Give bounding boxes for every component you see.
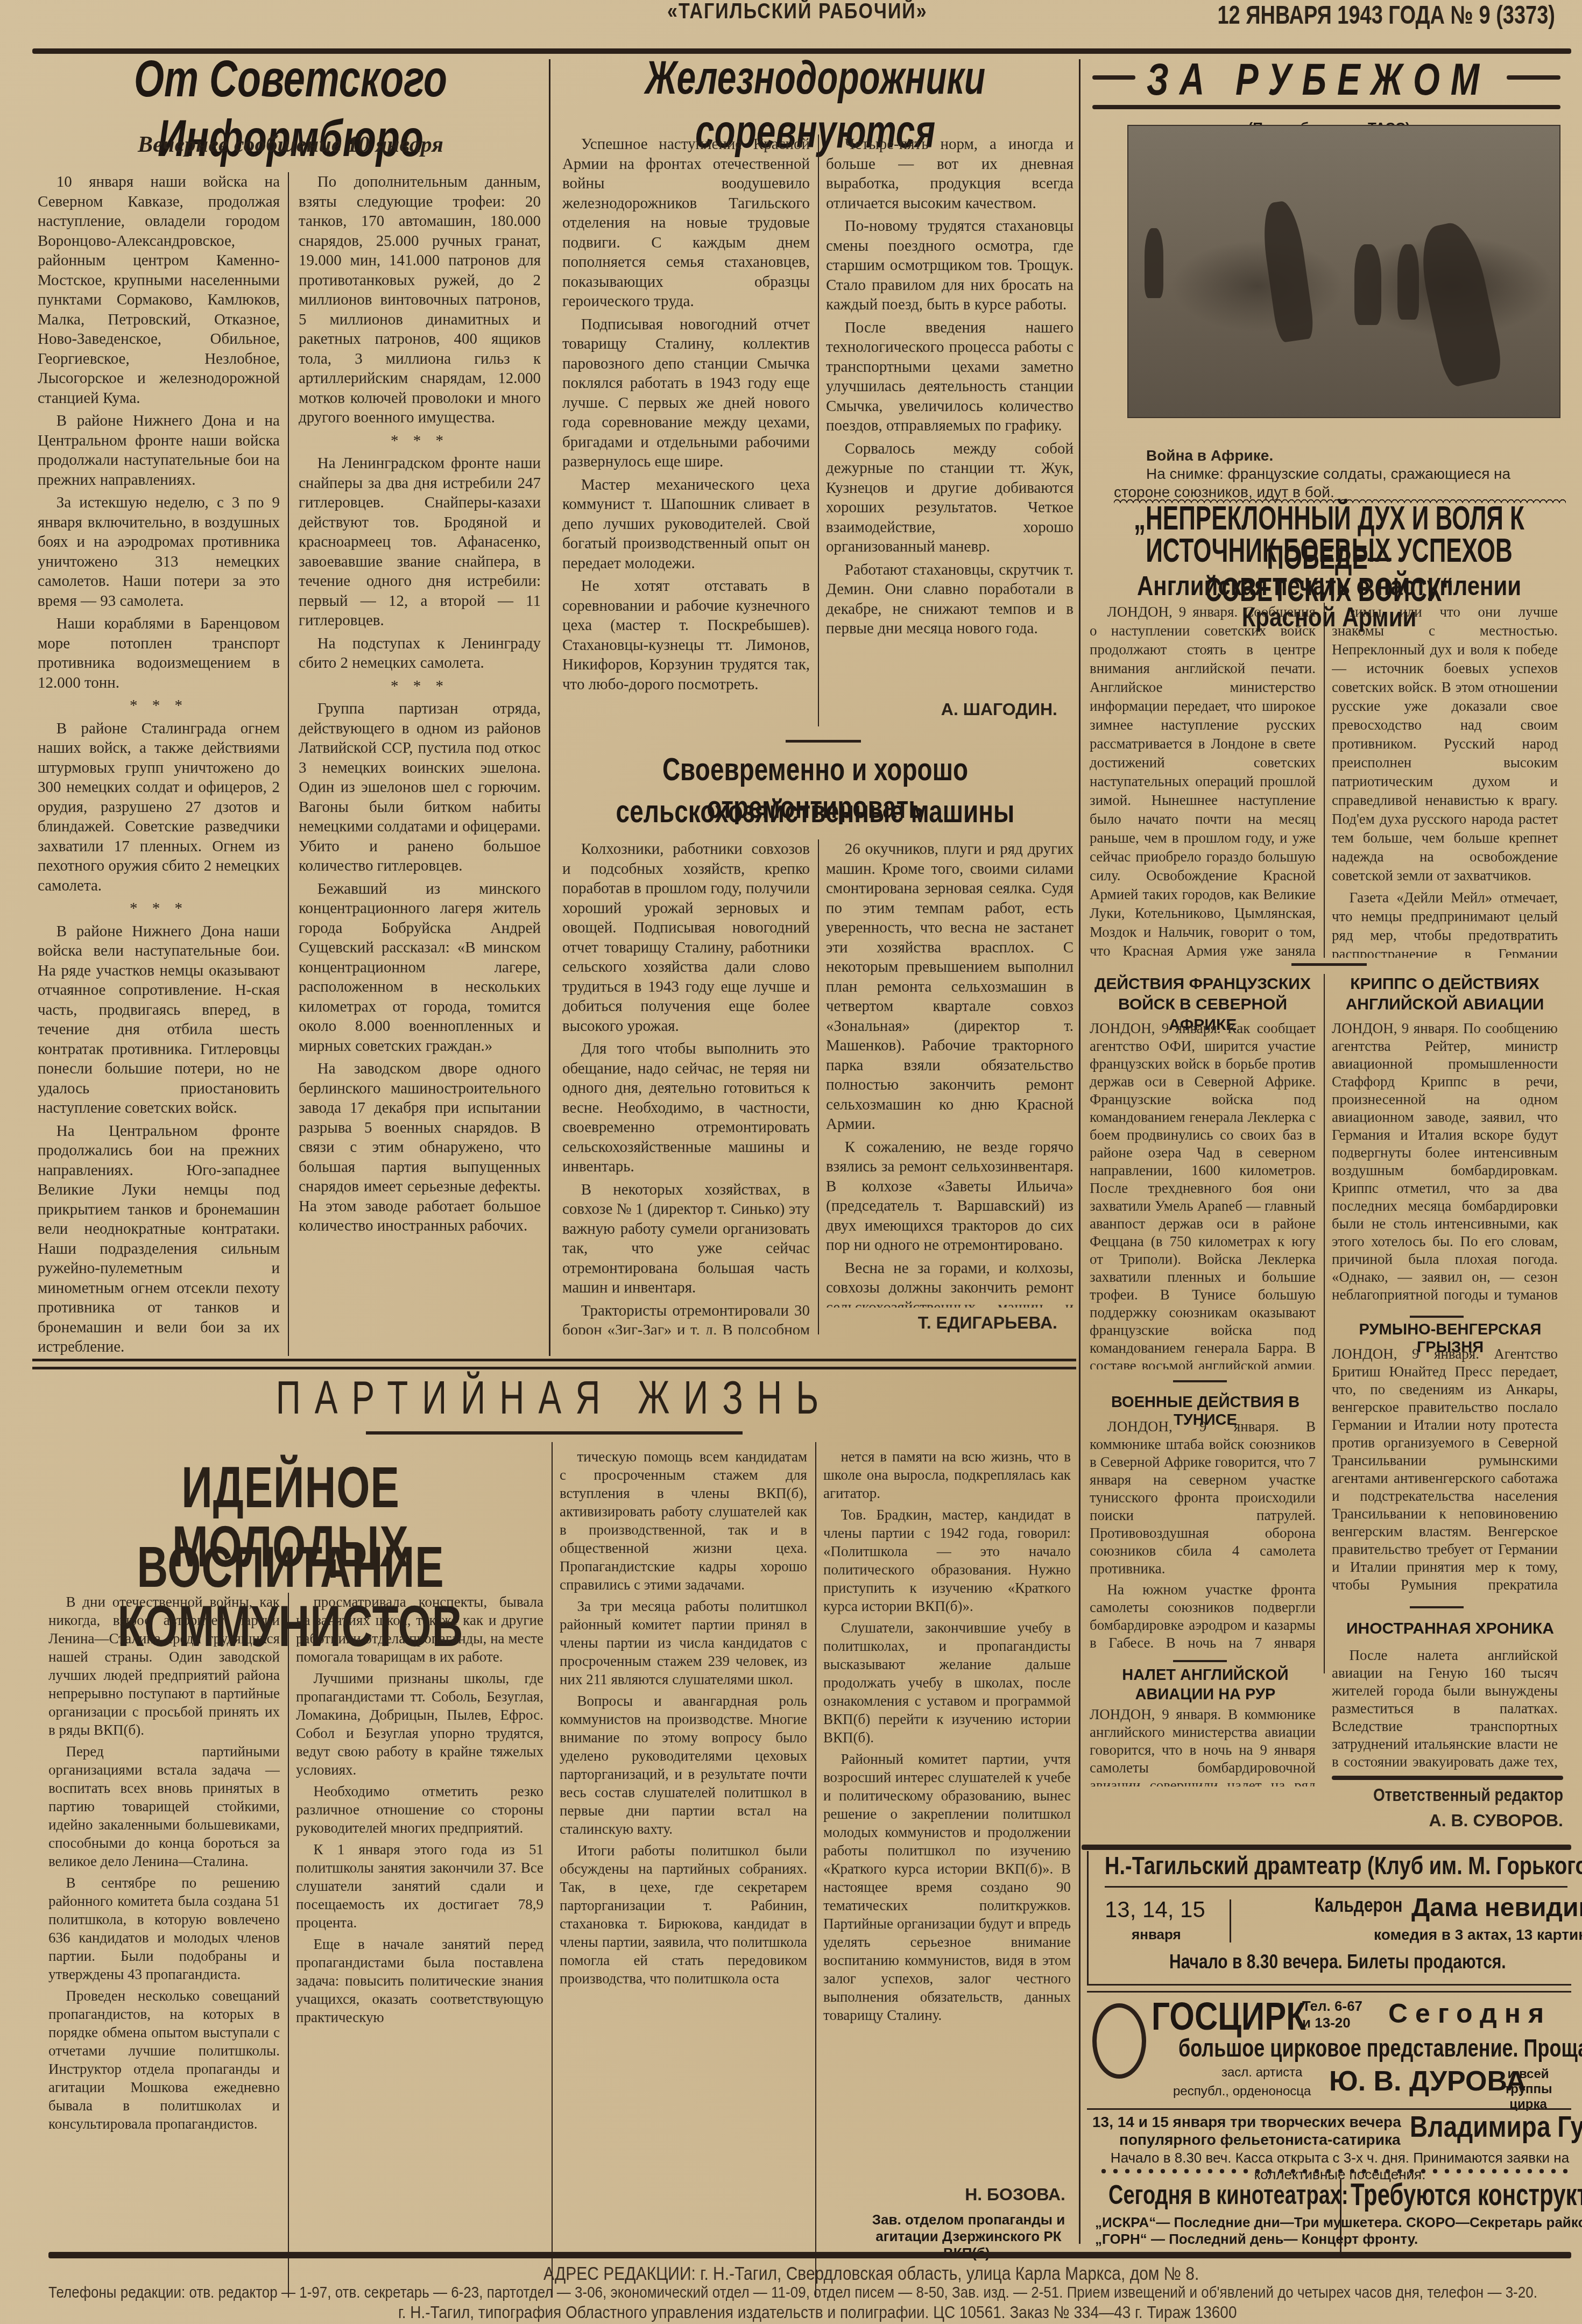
paragraph: В районе Сталинграда огнем наших войск, … bbox=[38, 719, 280, 896]
circus-phones: Тел. 6-67 и 13-20 bbox=[1302, 1998, 1367, 2031]
theatre-dates: 13, 14, 15 bbox=[1105, 1897, 1205, 1923]
paragraph: В дни отечественной войны, как никогда, … bbox=[48, 1593, 280, 1739]
soldier-figure bbox=[1145, 228, 1163, 298]
party-column-2: просматривала конспекты, бывала на занят… bbox=[296, 1593, 543, 2298]
paragraph: Перед партийными организациями встала за… bbox=[48, 1742, 280, 1870]
circus-show: большое цирковое представление. Прощальн… bbox=[1178, 2033, 1582, 2063]
paragraph: На подступах к Ленинграду сбито 2 немецк… bbox=[299, 634, 541, 673]
press-column-2: зимы или что они лучше знакомы с местнос… bbox=[1332, 603, 1558, 958]
article-separator bbox=[1291, 963, 1367, 966]
paragraph: По-новому трудятся стахановцы смены поез… bbox=[826, 216, 1073, 315]
paragraph: Тов. Брадкин, мастер, кандидат в члены п… bbox=[823, 1506, 1071, 1615]
soldier-figure bbox=[1397, 244, 1419, 320]
cinema-venue: „ГОРН“ — Последний день— Концерт фронту. bbox=[1095, 2231, 1332, 2248]
issue-date: 12 ЯНВАРЯ 1943 ГОДА № 9 (3373) bbox=[1217, 2, 1555, 31]
paragraph: нется в памяти на всю жизнь, что в школе… bbox=[823, 1447, 1071, 1502]
paragraph: На южном участке фронта самолеты союзник… bbox=[1090, 1581, 1316, 1655]
paragraph: ЛОНДОН, 9 января. В коммюнике штаба войс… bbox=[1090, 1418, 1316, 1578]
column-divider bbox=[818, 135, 819, 726]
railway-column-2: Четыре-пять норм, а иногда и больше — во… bbox=[826, 135, 1073, 689]
cinema-list: „ИСКРА“— Последние дни—Три мушкетера. СК… bbox=[1095, 2214, 1332, 2248]
cinema-venue: „ИСКРА“— Последние дни—Три мушкетера. СК… bbox=[1095, 2214, 1332, 2231]
section-stars: * * * bbox=[299, 431, 541, 451]
circus-feuilletonist: популярного фельетониста-сатирика bbox=[1119, 2131, 1401, 2149]
paragraph: Подписывая новогодний отчет товарищу Ста… bbox=[562, 315, 810, 472]
soldier-figure bbox=[1259, 199, 1316, 343]
column-divider bbox=[288, 172, 289, 1356]
theatre-play: Дама невидимка bbox=[1411, 1893, 1582, 1923]
paragraph: Проведен несколько совещаний пропагандис… bbox=[48, 1987, 280, 2133]
ruhr-text: ЛОНДОН, 9 января. В коммюнике английског… bbox=[1090, 1706, 1316, 1786]
column-divider bbox=[1340, 2179, 1341, 2255]
paragraph: По дополнительным данным, взяты следующи… bbox=[299, 172, 541, 428]
article-separator bbox=[1410, 1316, 1464, 1318]
circus-troupe: и всей труппы цирка bbox=[1485, 2067, 1571, 2112]
theatre-author: Кальдерон bbox=[1315, 1895, 1402, 1917]
paragraph: Весна не за горами, и колхозы, совхозы д… bbox=[826, 1259, 1073, 1308]
party-column-1: В дни отечественной войны, как никогда, … bbox=[48, 1593, 280, 2298]
paragraph: Итоги работы политшкол были обсуждены на… bbox=[560, 1841, 807, 1988]
theatre-ad: Н.-Тагильский драмтеатр (Клуб им. М. Гор… bbox=[1087, 1851, 1571, 1986]
cripps-title: КРИППС О ДЕЙСТВИЯХ АНГЛИЙСКОЙ АВИАЦИИ bbox=[1332, 974, 1558, 1015]
section-stars: * * * bbox=[38, 696, 280, 716]
column-divider bbox=[1079, 59, 1080, 2244]
paragraph: После налета английской авиации на Геную… bbox=[1332, 1647, 1558, 1770]
paragraph: В районе Нижнего Дона и на Центральном ф… bbox=[38, 411, 280, 490]
editor-label: Ответственный редактор bbox=[1332, 1785, 1563, 1805]
agri-title-line-2: сельскохозяйственные машины bbox=[554, 792, 1076, 830]
paragraph: 10 января наши войска на Северном Кавказ… bbox=[38, 172, 280, 408]
paragraph: ЛОНДОН, 9 января. Сообщения о наступлени… bbox=[1090, 603, 1316, 958]
section-rule bbox=[32, 1359, 1076, 1361]
designers-title: Требуются конструкторы: bbox=[1351, 2178, 1582, 2213]
cripps-text: ЛОНДОН, 9 января. По сообщению агентства… bbox=[1332, 1020, 1558, 1310]
paragraph: Колхозники, работники совхозов и подсобн… bbox=[562, 839, 810, 1036]
section-stars: * * * bbox=[299, 676, 541, 696]
editor-rule bbox=[1332, 1776, 1563, 1780]
paragraph: К сожалению, не везде горячо взялись за … bbox=[826, 1138, 1073, 1255]
paragraph: 26 окучников, плуги и ряд других машин. … bbox=[826, 839, 1073, 1134]
railway-column-1: Успешное наступление Красной Армии на фр… bbox=[562, 135, 810, 726]
paragraph: просматривала конспекты, бывала на занят… bbox=[296, 1593, 543, 1666]
article-separator bbox=[1410, 1606, 1464, 1608]
paragraph: тическую помощь всем кандидатам с просро… bbox=[560, 1447, 807, 1594]
section-title-underline bbox=[366, 1431, 743, 1435]
column-divider bbox=[552, 1442, 553, 2298]
party-section-title: ПАРТИЙНАЯ ЖИЗНЬ bbox=[32, 1371, 1076, 1424]
circus-today: Сегодня bbox=[1388, 1998, 1551, 2029]
photo-caption: Война в Африке. На снимке: французские с… bbox=[1114, 447, 1566, 501]
paragraph: Наши кораблями в Баренцовом море потопле… bbox=[38, 614, 280, 693]
paragraph: В районе Нижнего Дона наши войска вели н… bbox=[38, 922, 280, 1118]
circus-performer: Владимира Гурского bbox=[1410, 2109, 1582, 2144]
paragraph: Не хотят отставать в соревновании и рабо… bbox=[562, 576, 810, 694]
paragraph: За три месяца работы политшкол районный … bbox=[560, 1597, 807, 1689]
column-divider bbox=[549, 59, 550, 1356]
paragraph: Для того чтобы выполнить это обещание, н… bbox=[562, 1039, 810, 1177]
paragraph: На Центральном фронте продолжались бои н… bbox=[38, 1121, 280, 1357]
ad-divider bbox=[1105, 1886, 1567, 1888]
railway-byline: А. ШАГОДИН. bbox=[826, 700, 1057, 719]
romania-text: ЛОНДОН, 9 января. Агентство Бритиш Юнайт… bbox=[1332, 1345, 1558, 1593]
circus-ad: ГОСЦИРК Тел. 6-67 и 13-20 Сегодня большо… bbox=[1087, 1991, 1571, 2147]
soldier-figure bbox=[1354, 244, 1381, 325]
column-divider bbox=[1324, 974, 1325, 1673]
section-stars: * * * bbox=[38, 899, 280, 919]
french-text: ЛОНДОН, 9 января. Как сообщает агентство… bbox=[1090, 1020, 1316, 1369]
press-column-1: ЛОНДОН, 9 января. Сообщения о наступлени… bbox=[1090, 603, 1316, 958]
party-column-3: тическую помощь всем кандидатам с просро… bbox=[560, 1447, 807, 2298]
section-rule bbox=[32, 1367, 1076, 1369]
chronicle-title: ИНОСТРАННАЯ ХРОНИКА bbox=[1332, 1620, 1569, 1638]
sovinform-subtitle: Вечернее сообщение 10 января bbox=[32, 132, 549, 158]
paragraph: Еще в начале занятий перед пропагандиста… bbox=[296, 1935, 543, 2026]
paragraph: Районный комитет партии, учтя возросший … bbox=[823, 1750, 1071, 2024]
paragraph: Трактористы отремонтировали 30 борон «Зи… bbox=[562, 1301, 810, 1335]
chronicle-text: После налета английской авиации на Геную… bbox=[1332, 1647, 1558, 1770]
party-column-4: нется в памяти на всю жизнь, что в школе… bbox=[823, 1447, 1071, 2168]
column-divider bbox=[818, 839, 819, 1334]
theatre-header: Н.-Тагильский драмтеатр (Клуб им. М. Гор… bbox=[1105, 1853, 1582, 1881]
column-divider bbox=[815, 1442, 816, 2298]
sovinform-column-1: 10 января наши войска на Северном Кавказ… bbox=[38, 172, 280, 1356]
agri-column-2: 26 окучников, плуги и ряд других машин. … bbox=[826, 839, 1073, 1308]
ad-divider bbox=[1230, 1899, 1231, 1942]
paragraph: На Ленинградском фронте наши снайперы за… bbox=[299, 454, 541, 631]
paper-name: «ТАГИЛЬСКИЙ РАБОЧИЙ» bbox=[667, 0, 928, 24]
paragraph: Группа партизан отряда, действующего в о… bbox=[299, 699, 541, 876]
article-separator bbox=[786, 740, 861, 743]
soldier-figure bbox=[1414, 218, 1505, 388]
party-byline: Н. БОЗОВА. bbox=[823, 2185, 1065, 2205]
paragraph: Сорвалось между собой дежурные по станци… bbox=[826, 439, 1073, 557]
circus-evenings: 13, 14 и 15 января три творческих вечера bbox=[1092, 2114, 1401, 2131]
article-separator bbox=[1173, 1660, 1227, 1662]
footer-printing: г. Н.-Тагил, типография Областного управ… bbox=[398, 2303, 1237, 2323]
footer-phones: Телефоны редакции: отв. редактор — 1-97,… bbox=[48, 2283, 1537, 2302]
column-divider bbox=[1324, 603, 1325, 958]
dotted-rule bbox=[1098, 2168, 1571, 2174]
paragraph: Четыре-пять норм, а иногда и больше — во… bbox=[826, 135, 1073, 213]
paragraph: На заводском дворе одного берлинского ма… bbox=[299, 1059, 541, 1236]
footer-rule bbox=[48, 2252, 1571, 2258]
title-ornament bbox=[1507, 75, 1560, 80]
paragraph: За истекшую неделю, с 3 по 9 января вклю… bbox=[38, 493, 280, 611]
abroad-title: ЗА РУБЕЖОМ bbox=[1135, 53, 1501, 105]
paragraph: Мастер механического цеха коммунист т. Ш… bbox=[562, 475, 810, 574]
paragraph: Лучшими признаны школы, где пропагандист… bbox=[296, 1669, 543, 1779]
tunisia-text: ЛОНДОН, 9 января. В коммюнике штаба войс… bbox=[1090, 1418, 1316, 1655]
ads-rule bbox=[1082, 1845, 1571, 1850]
circus-artist-title-1: засл. артиста bbox=[1221, 2065, 1302, 2080]
paragraph: Вопросы и авангардная роль коммунистов н… bbox=[560, 1692, 807, 1838]
paragraph: Газета «Дейли Мейл» отмечает, что немцы … bbox=[1332, 888, 1558, 958]
sovinform-column-2: По дополнительным данным, взяты следующи… bbox=[299, 172, 541, 1356]
paragraph: Работают стахановцы, скрутчик т. Демин. … bbox=[826, 560, 1073, 639]
article-separator bbox=[1173, 1380, 1227, 1382]
paragraph: В сентябре по решению районного комитета… bbox=[48, 1874, 280, 1983]
paragraph: Необходимо отметить резко различное отно… bbox=[296, 1782, 543, 1837]
circus-logo-icon bbox=[1092, 2003, 1146, 2079]
theatre-month: января bbox=[1132, 1926, 1181, 1943]
paragraph: Слушатели, закончившие учебу в политшкол… bbox=[823, 1619, 1071, 1747]
theatre-start: Начало в 8.30 вечера. Билеты продаются. bbox=[1169, 1952, 1506, 1974]
paragraph: В некоторых хозяйствах, в совхозе № 1 (д… bbox=[562, 1180, 810, 1298]
theatre-genre: комедия в 3 актах, 13 картинах bbox=[1374, 1926, 1582, 1944]
editor-name: А. В. СУВОРОВ. bbox=[1332, 1811, 1563, 1831]
agri-byline: Т. ЕДИГАРЬЕВА. bbox=[826, 1313, 1057, 1333]
circus-name: ГОСЦИРК bbox=[1152, 1994, 1306, 2039]
title-ornament bbox=[1092, 75, 1135, 80]
paragraph: зимы или что они лучше знакомы с местнос… bbox=[1332, 603, 1558, 885]
paragraph: К 1 января этого года из 51 политшколы з… bbox=[296, 1840, 543, 1932]
agri-column-1: Колхозники, работники совхозов и подсобн… bbox=[562, 839, 810, 1334]
cinema-title: Сегодня в кинотеатрах: bbox=[1108, 2181, 1348, 2212]
column-divider bbox=[288, 1593, 289, 2298]
ruhr-title: НАЛЕТ АНГЛИЙСКОЙ АВИАЦИИ НА РУР bbox=[1090, 1665, 1321, 1704]
paragraph: Бежавший из минского концентрационного л… bbox=[299, 879, 541, 1056]
caption-title: Война в Африке. bbox=[1146, 447, 1566, 465]
circus-artist-title-2: республ., орденоносца bbox=[1173, 2084, 1311, 2099]
title-underline bbox=[1092, 105, 1560, 109]
paragraph: После введения нашего технологического п… bbox=[826, 318, 1073, 436]
footer-address: АДРЕС РЕДАКЦИИ: г. Н.-Тагил, Свердловска… bbox=[543, 2264, 1199, 2285]
newspaper-page: «ТАГИЛЬСКИЙ РАБОЧИЙ» 12 ЯНВАРЯ 1943 ГОДА… bbox=[32, 0, 1571, 2324]
paragraph: Успешное наступление Красной Армии на фр… bbox=[562, 135, 810, 312]
news-photo bbox=[1127, 125, 1560, 418]
caption-text: На снимке: французские солдаты, сражающи… bbox=[1114, 465, 1566, 501]
